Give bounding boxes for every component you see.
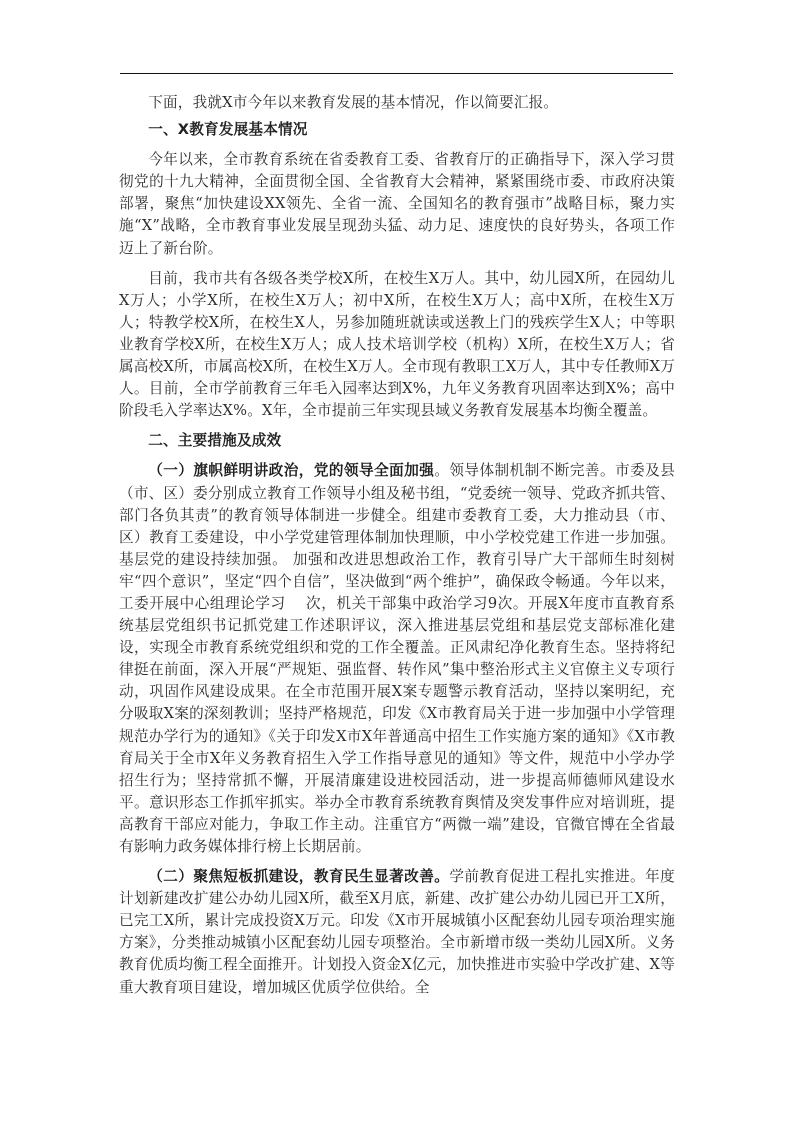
section-heading-1: 一、X教育发展基本情况 xyxy=(119,119,675,141)
header-rule xyxy=(120,73,673,74)
item-2-lead: （二）聚焦短板抓建设，教育民生显著改善。 xyxy=(148,868,449,885)
intro-paragraph: 下面，我就X市今年以来教育发展的基本情况，作以简要汇报。 xyxy=(119,92,675,114)
section2-item-1: （一）旗帜鲜明讲政治，党的领导全面加强。领导体制机制不断完善。市委及县（市、区）… xyxy=(119,460,675,858)
section2-item-2: （二）聚焦短板抓建设，教育民生显著改善。学前教育促进工程扎实推进。年度计划新建改… xyxy=(119,866,675,999)
item-1-lead: （一）旗帜鲜明讲政治，党的领导全面加强 xyxy=(148,462,434,479)
section1-paragraph-1: 今年以来，全市教育系统在省委教育工委、省教育厅的正确指导下，深入学习贯彻党的十九… xyxy=(119,149,675,259)
section-heading-2: 二、主要措施及成效 xyxy=(119,430,675,452)
item-1-body: 。领导体制机制不断完善。市委及县（市、区）委分别成立教育工作领导小组及秘书组，“… xyxy=(119,462,675,855)
item-2-body: 学前教育促进工程扎实推进。年度计划新建改扩建公办幼儿园X所，截至X月底，新建、改… xyxy=(119,868,675,995)
section1-paragraph-2: 目前，我市共有各级各类学校X所，在校生X万人。其中，幼儿园X所，在园幼儿X万人；… xyxy=(119,268,675,423)
document-body: 下面，我就X市今年以来教育发展的基本情况，作以简要汇报。 一、X教育发展基本情况… xyxy=(119,92,675,1007)
